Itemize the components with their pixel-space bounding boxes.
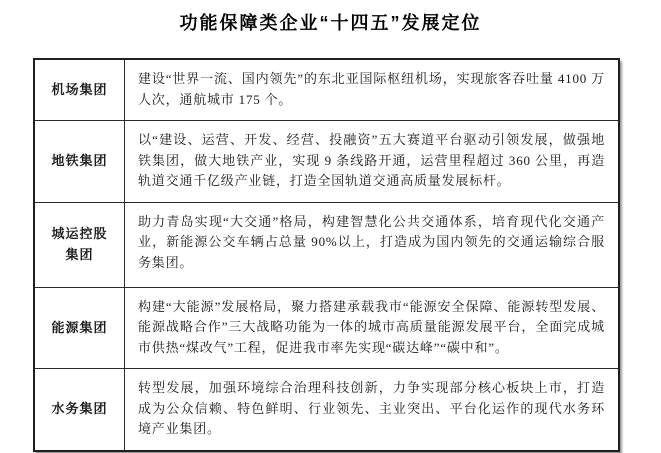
org-description-cell: 助力青岛实现“大交通”格局，构建智慧化公共交通体系，培育现代化交通产业，新能源公… xyxy=(125,203,618,287)
org-name-cell: 地铁集团 xyxy=(35,121,125,202)
org-name-label: 地铁集团 xyxy=(51,151,107,171)
document-page: 功能保障类企业“十四五”发展定位 机场集团 建设“世界一流、国内领先”的东北亚国… xyxy=(0,0,661,453)
org-name-label: 水务集团 xyxy=(51,399,107,419)
org-name-cell: 城运控股集团 xyxy=(35,203,125,287)
org-name-cell: 机场集团 xyxy=(35,60,125,120)
org-description-cell: 构建“大能源”发展格局，聚力搭建承载我市“能源安全保障、能源转型发展、能源战略合… xyxy=(125,288,618,369)
org-name-label: 机场集团 xyxy=(51,80,107,100)
org-description-cell: 建设“世界一流、国内领先”的东北亚国际枢纽机场，实现旅客吞吐量 4100 万人次… xyxy=(125,60,618,120)
org-name-cell: 水务集团 xyxy=(35,369,125,450)
document-title: 功能保障类企业“十四五”发展定位 xyxy=(0,0,661,35)
table-row: 机场集团 建设“世界一流、国内领先”的东北亚国际枢纽机场，实现旅客吞吐量 410… xyxy=(35,60,618,121)
table-row: 能源集团 构建“大能源”发展格局，聚力搭建承载我市“能源安全保障、能源转型发展、… xyxy=(35,288,618,370)
positioning-table: 机场集团 建设“世界一流、国内领先”的东北亚国际枢纽机场，实现旅客吞吐量 410… xyxy=(33,58,620,452)
table-row: 地铁集团 以“建设、运营、开发、经营、投融资”五大赛道平台驱动引领发展，做强地铁… xyxy=(35,121,618,203)
org-name-label: 能源集团 xyxy=(51,318,107,338)
table-row: 城运控股集团 助力青岛实现“大交通”格局，构建智慧化公共交通体系，培育现代化交通… xyxy=(35,203,618,288)
org-description-cell: 以“建设、运营、开发、经营、投融资”五大赛道平台驱动引领发展，做强地铁集团，做大… xyxy=(125,121,618,202)
table-row: 水务集团 转型发展，加强环境综合治理科技创新，力争实现部分核心板块上市，打造成为… xyxy=(35,369,618,450)
org-name-label: 城运控股集团 xyxy=(50,224,109,264)
org-name-cell: 能源集团 xyxy=(35,288,125,369)
org-description-cell: 转型发展，加强环境综合治理科技创新，力争实现部分核心板块上市，打造成为公众信赖、… xyxy=(125,369,618,450)
